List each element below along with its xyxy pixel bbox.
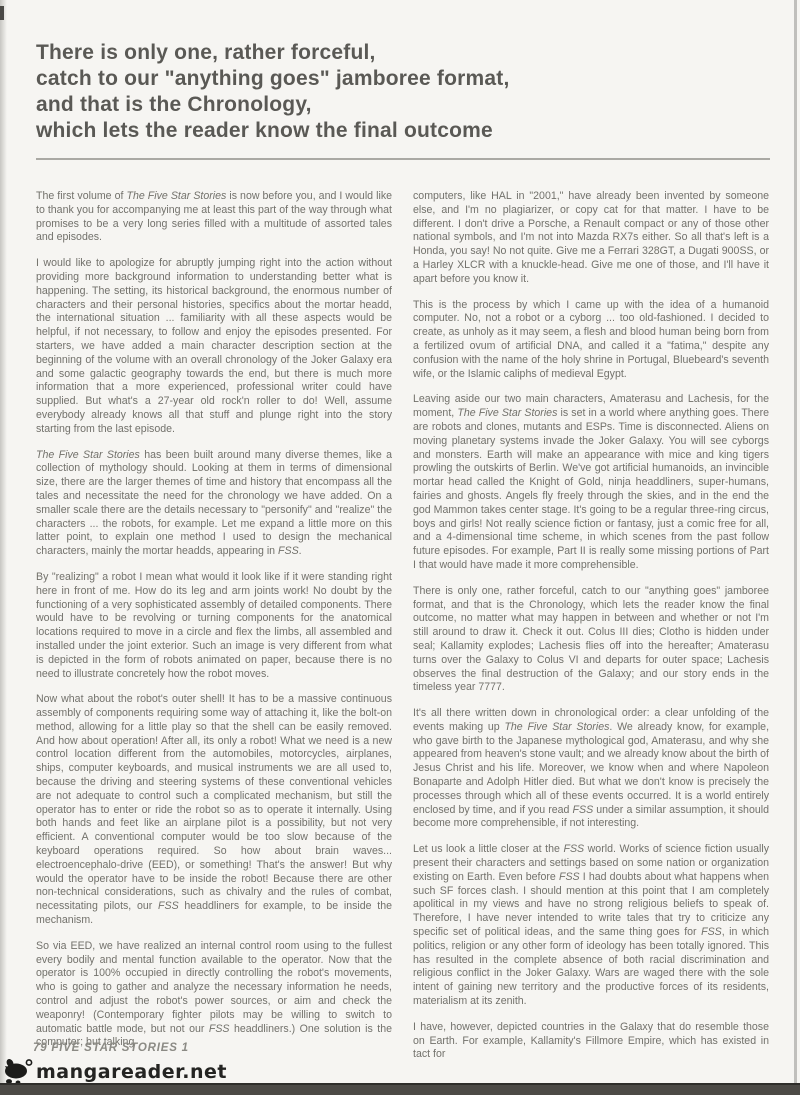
watermark: mangareader.net — [2, 1054, 227, 1086]
scan-edge-right — [794, 0, 797, 1095]
paragraph: By "realizing" a robot I mean what would… — [36, 571, 392, 681]
scanned-page: There is only one, rather forceful,catch… — [0, 0, 800, 1095]
paragraph: There is only one, rather forceful, catc… — [413, 585, 769, 695]
bottom-border-bar — [0, 1083, 800, 1095]
paragraph: Leaving aside our two main characters, A… — [413, 393, 769, 572]
header-quote: There is only one, rather forceful,catch… — [36, 40, 770, 144]
quote-line: which lets the reader know the final out… — [36, 118, 770, 144]
header-divider — [36, 158, 770, 160]
quote-line: and that is the Chronology, — [36, 92, 770, 118]
column-left: The first volume of The Five Star Storie… — [36, 190, 392, 1062]
scan-edge-left — [0, 0, 7, 1095]
paragraph: The Five Star Stories has been built aro… — [36, 449, 392, 559]
text-columns: The first volume of The Five Star Storie… — [36, 190, 770, 1062]
quote-line: catch to our "anything goes" jamboree fo… — [36, 66, 770, 92]
paragraph: This is the process by which I came up w… — [413, 299, 769, 382]
paragraph: Let us look a little closer at the FSS w… — [413, 843, 769, 1009]
page-content: There is only one, rather forceful,catch… — [36, 40, 770, 1062]
column-right: computers, like HAL in "2001," have alre… — [413, 190, 769, 1062]
paragraph: So via EED, we have realized an internal… — [36, 940, 392, 1050]
paragraph: I would like to apologize for abruptly j… — [36, 257, 392, 436]
watermark-text: mangareader.net — [36, 1061, 227, 1083]
quote-line: There is only one, rather forceful, — [36, 40, 770, 66]
mangareader-logo-icon — [2, 1054, 38, 1086]
paragraph: computers, like HAL in "2001," have alre… — [413, 190, 769, 287]
paragraph: It's all there written down in chronolog… — [413, 707, 769, 831]
paragraph: Now what about the robot's outer shell! … — [36, 693, 392, 928]
paragraph: The first volume of The Five Star Storie… — [36, 190, 392, 245]
scan-corner-artifact — [0, 6, 4, 20]
footer-page-label: 79 FIVE STAR STORIES 1 — [33, 1042, 189, 1054]
paragraph: I have, however, depicted countries in t… — [413, 1021, 769, 1062]
